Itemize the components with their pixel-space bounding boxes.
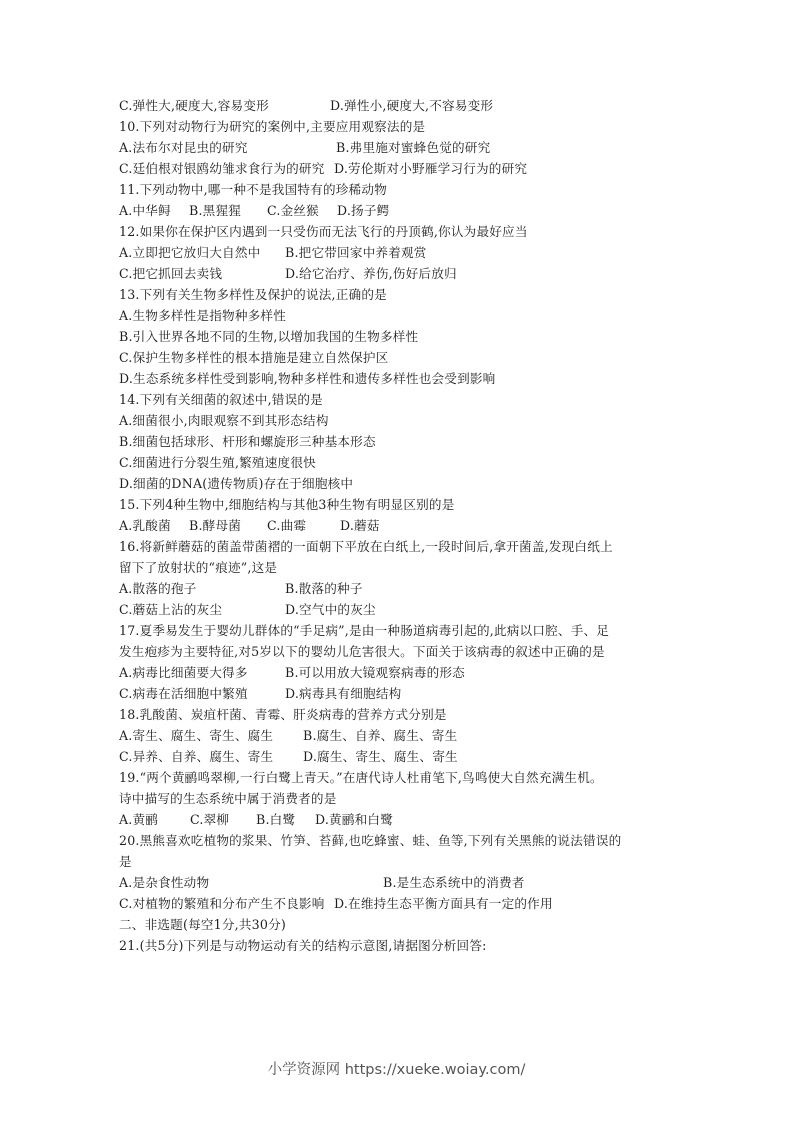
text-segment: 11.下列动物中,哪一种不是我国特有的珍稀动物 [119,179,387,200]
answer-option: B.弗里施对蜜蜂色觉的研究 [336,137,490,158]
text-segment: 二、非选题(每空1分,共30分) [119,914,286,935]
text-segment: 19.“两个黄鹂鸣翠柳,一行白鹭上青天。”在唐代诗人杜甫笔下,鸟鸣使大自然充满生… [119,767,603,788]
text-segment: 是 [119,851,132,872]
answer-option: D.劳伦斯对小野雁学习行为的研究 [334,158,527,179]
text-segment: B.细菌包括球形、杆形和螺旋形三种基本形态 [119,431,376,452]
text-segment: 诗中描写的生态系统中属于消费者的是 [119,788,337,809]
text-segment: B.引入世界各地不同的生物,以增加我国的生物多样性 [119,326,418,347]
text-segment: D.细菌的DNA(遗传物质)存在于细胞核中 [119,473,353,494]
answer-option: A.法布尔对昆虫的研究 [119,137,248,158]
answer-option: B.散落的种子 [285,578,363,599]
answer-option: C.翠柳 [190,809,229,830]
answer-option: C.弹性大,硬度大,容易变形 [119,95,269,116]
answer-option: D.腐生、寄生、腐生、寄生 [303,746,458,767]
answer-option: A.中华鲟 [119,200,171,221]
text-segment: C.细菌进行分裂生殖,繁殖速度很快 [119,452,316,473]
footer-watermark: 小学资源网 https://xueke.woiay.com/ [0,1058,793,1079]
text-segment: 发生疱疹为主要特征,对5岁以下的婴幼儿危害很大。下面关于该病毒的叙述中正确的是 [119,641,605,662]
text-segment: D.生态系统多样性受到影响,物种多样性和遗传多样性也会受到影响 [119,368,495,389]
answer-option: D.黄鹂和白鹭 [315,809,393,830]
answer-option: B.黑猩猩 [189,200,241,221]
answer-option: C.异养、自养、腐生、寄生 [119,746,273,767]
answer-option: C.曲霉 [267,515,306,536]
answer-option: A.是杂食性动物 [119,872,209,893]
answer-option: C.廷伯根对银鸥幼雏求食行为的研究 [119,158,325,179]
answer-option: D.弹性小,硬度大,不容易变形 [330,95,493,116]
answer-option: A.立即把它放归大自然中 [119,242,260,263]
answer-option: B.白鹭 [256,809,295,830]
answer-option: D.扬子鳄 [337,200,389,221]
text-segment: 20.黑熊喜欢吃植物的浆果、竹笋、苔藓,也吃蜂蜜、蛙、鱼等,下列有关黑熊的说法错… [119,830,621,851]
text-segment: 18.乳酸菌、炭疽杆菌、青霉、肝炎病毒的营养方式分别是 [119,704,447,725]
text-segment: 17.夏季易发生于婴幼儿群体的“手足病”,是由一种肠道病毒引起的,此病以口腔、手… [119,620,609,641]
answer-option: C.对植物的繁殖和分布产生不良影响 [119,893,325,914]
answer-option: B.可以用放大镜观察病毒的形态 [285,662,465,683]
answer-option: A.寄生、腐生、寄生、腐生 [119,725,273,746]
answer-option: C.把它抓回去卖钱 [119,263,222,284]
text-segment: 21.(共5分)下列是与动物运动有关的结构示意图,请据图分析回答: [119,935,487,956]
document-page: C.弹性大,硬度大,容易变形D.弹性小,硬度大,不容易变形10.下列对动物行为研… [0,0,793,1122]
answer-option: B.是生态系统中的消费者 [383,872,525,893]
answer-option: C.病毒在活细胞中繁殖 [119,683,248,704]
text-segment: C.保护生物多样性的根本措施是建立自然保护区 [119,347,388,368]
answer-option: C.金丝猴 [267,200,319,221]
answer-option: D.空气中的灰尘 [285,599,376,620]
answer-option: D.在维持生态平衡方面具有一定的作用 [334,893,553,914]
answer-option: D.病毒具有细胞结构 [285,683,401,704]
text-segment: 14.下列有关细菌的叙述中,错误的是 [119,389,323,410]
text-segment: 12.如果你在保护区内遇到一只受伤而无法飞行的丹顶鹤,你认为最好应当 [119,221,528,242]
answer-option: B.酵母菌 [189,515,241,536]
text-segment: A.生物多样性是指物种多样性 [119,305,286,326]
text-segment: 16.将新鲜蘑菇的菌盖带菌褶的一面朝下平放在白纸上,一段时间后,拿开菌盖,发现白… [119,536,613,557]
answer-option: A.乳酸菌 [119,515,171,536]
answer-option: A.散落的孢子 [119,578,196,599]
answer-option: D.蘑菇 [340,515,380,536]
answer-option: B.腐生、自养、腐生、寄生 [303,725,457,746]
answer-option: A.病毒比细菌要大得多 [119,662,248,683]
answer-option: D.给它治疗、养伤,伤好后放归 [285,263,457,284]
text-segment: 留下了放射状的“痕迹”,这是 [119,557,277,578]
text-segment: 15.下列4种生物中,细胞结构与其他3种生物有明显区别的是 [119,494,455,515]
text-segment: 13.下列有关生物多样性及保护的说法,正确的是 [119,284,387,305]
answer-option: C.蘑菇上沾的灰尘 [119,599,222,620]
answer-option: A.黄鹂 [119,809,158,830]
text-segment: 10.下列对动物行为研究的案例中,主要应用观察法的是 [119,116,425,137]
text-segment: A.细菌很小,肉眼观察不到其形态结构 [119,410,329,431]
answer-option: B.把它带回家中养着观赏 [285,242,427,263]
